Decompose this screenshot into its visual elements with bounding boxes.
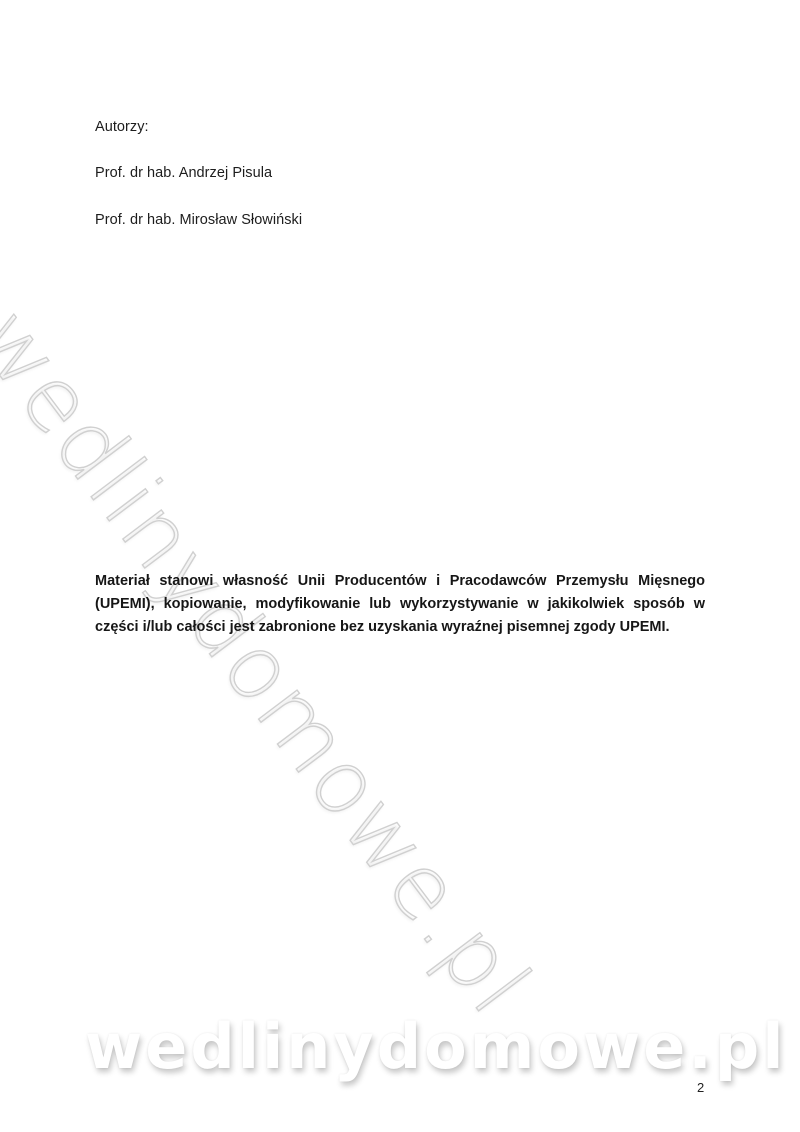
page-number: 2 bbox=[697, 1080, 704, 1095]
bottom-watermark: wedlinydomowe.pl bbox=[85, 1010, 725, 1083]
author-name: Prof. dr hab. Andrzej Pisula bbox=[95, 165, 272, 181]
document-page: wedlinydomowe.pl Autorzy: Prof. dr hab. … bbox=[0, 0, 800, 1132]
diagonal-watermark: wedlinydomowe.pl bbox=[0, 289, 552, 1033]
authors-label: Autorzy: bbox=[95, 119, 149, 135]
author-name: Prof. dr hab. Mirosław Słowiński bbox=[95, 212, 302, 228]
copyright-notice: Materiał stanowi własność Unii Producent… bbox=[95, 570, 705, 639]
